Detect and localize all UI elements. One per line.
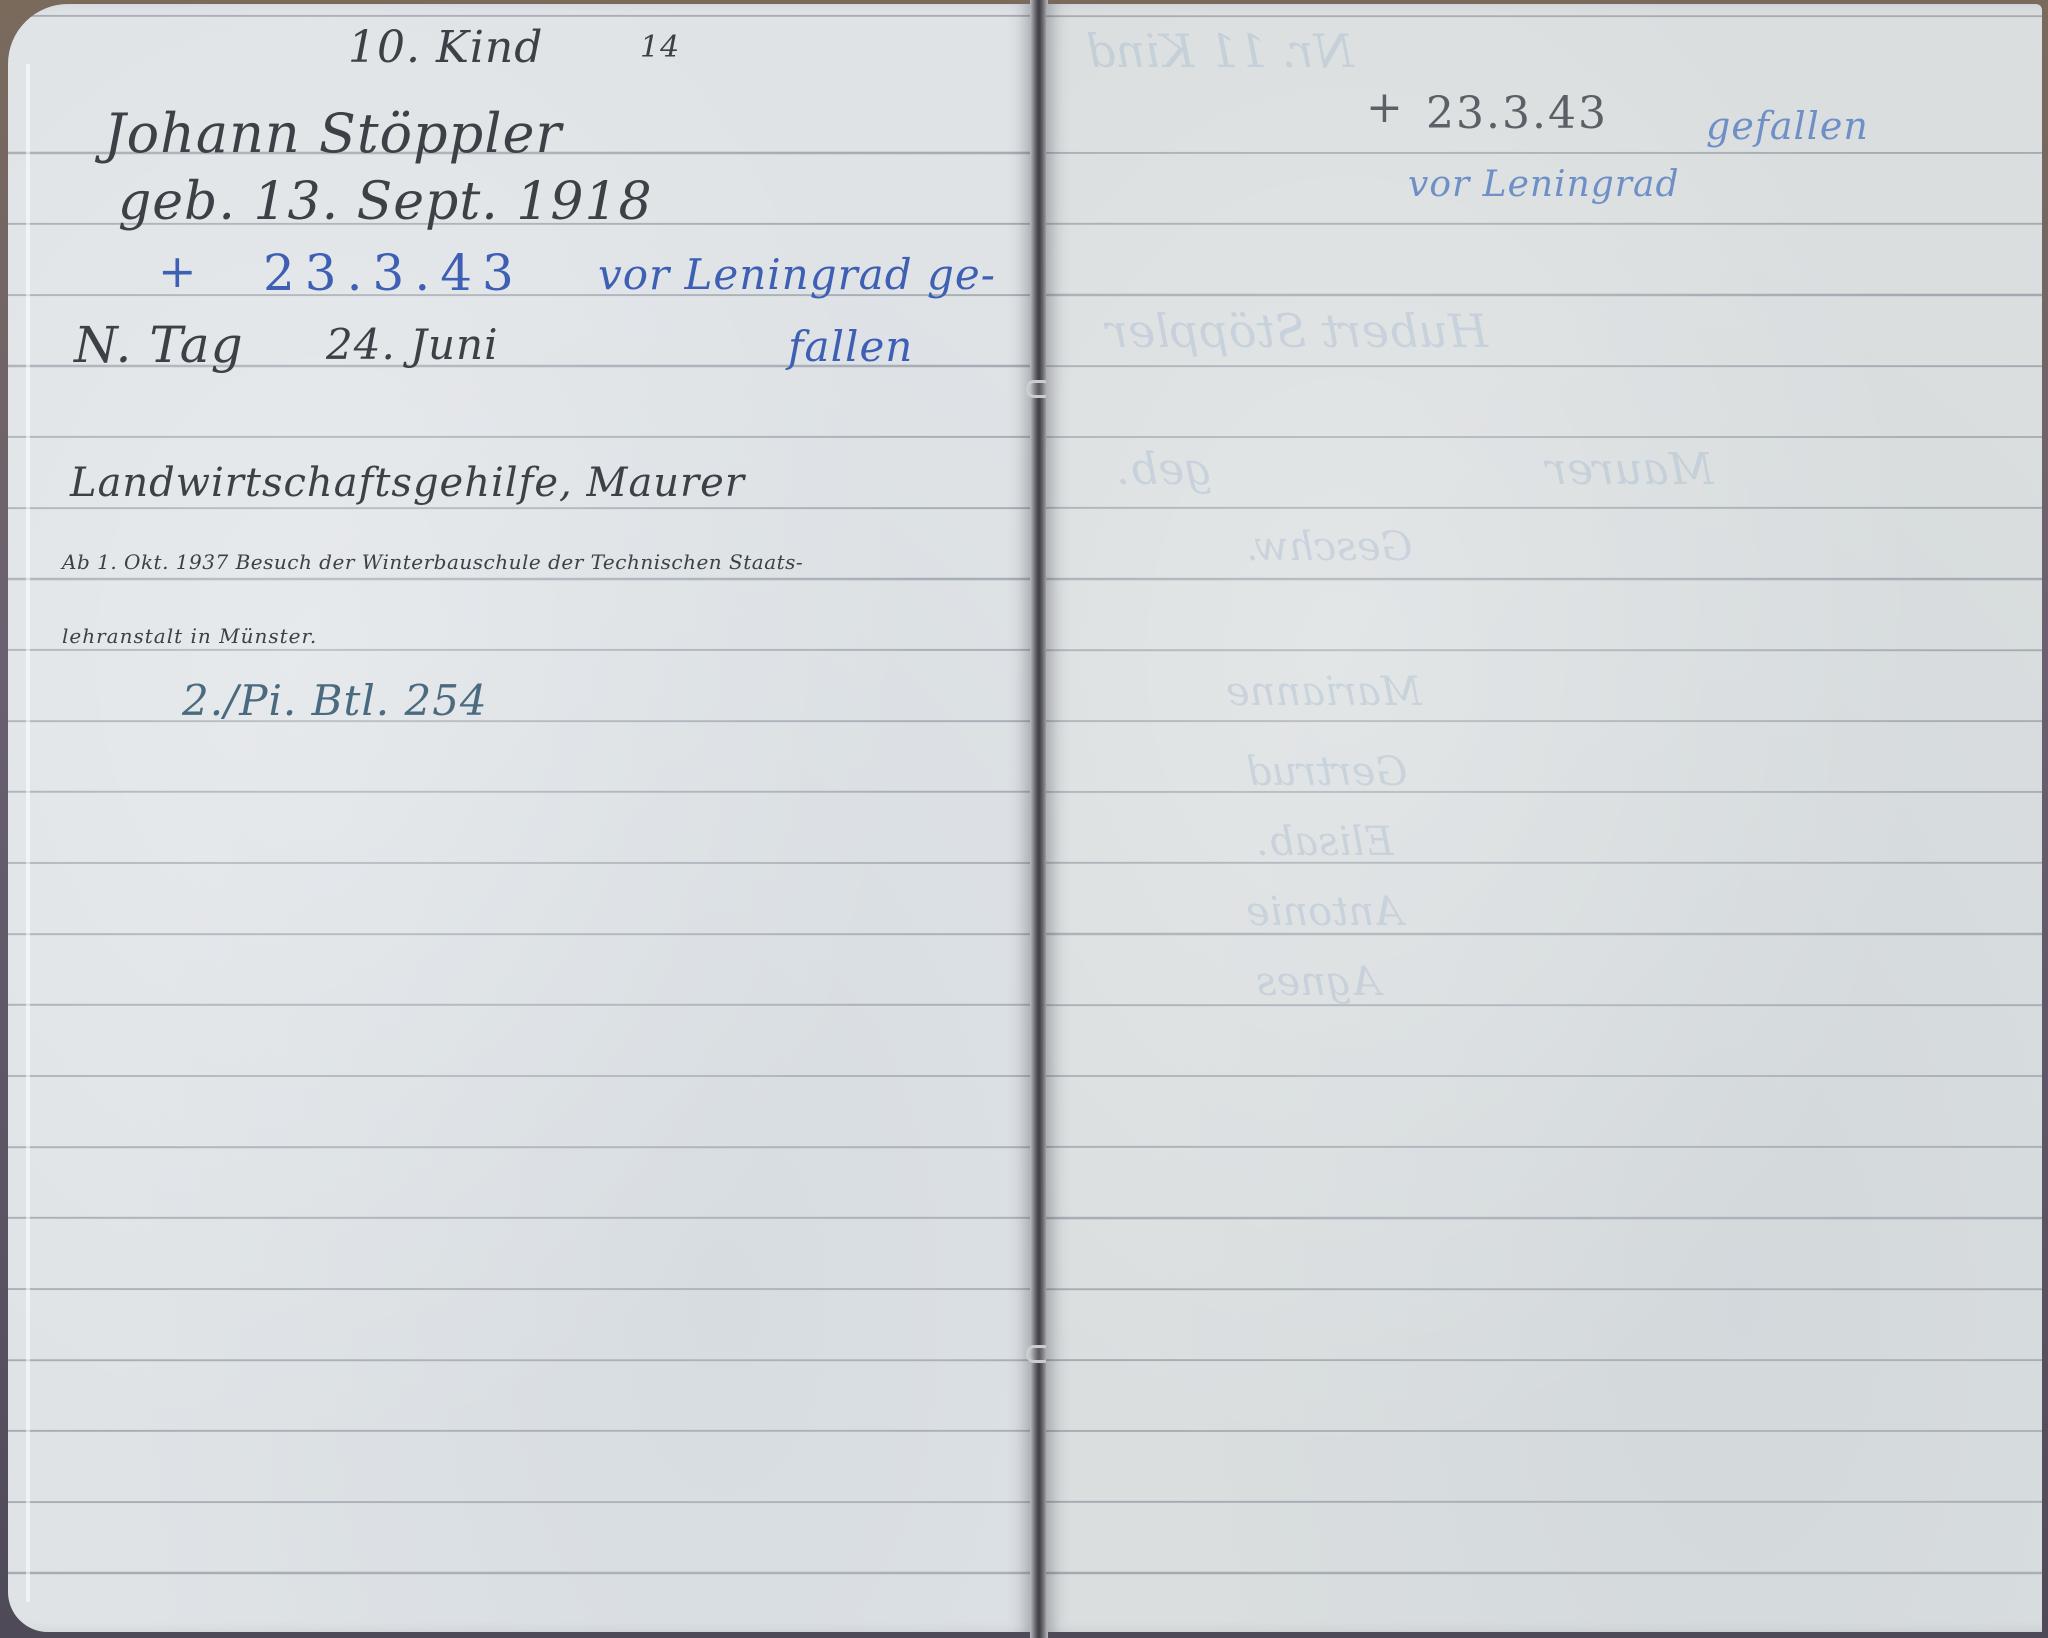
- bleed-through-text: Agnes: [1256, 959, 1380, 1005]
- death-place-line2: fallen: [788, 322, 913, 371]
- death-date: 23.3.43: [263, 244, 524, 302]
- occupation: Landwirtschaftsgehilfe, Maurer: [70, 460, 745, 506]
- education-line2: lehranstalt in Münster.: [62, 624, 317, 648]
- military-unit: 2./Pi. Btl. 254: [182, 676, 488, 725]
- bleed-through-text: Gertrud: [1246, 749, 1407, 795]
- name-day-label: N. Tag: [74, 316, 244, 374]
- fallen-note: gefallen: [1706, 104, 1869, 148]
- bleed-through-text: Marianne: [1226, 669, 1422, 715]
- death-place-line1: vor Leningrad ge-: [598, 250, 996, 299]
- header-note: 14: [640, 30, 680, 65]
- child-number-heading: 10. Kind: [348, 22, 543, 73]
- bleed-through-text: Antonie: [1246, 889, 1403, 935]
- right-page: Nr. 11 Kind Hubert Stöppler geb. Maurer …: [1046, 4, 2042, 1632]
- bleed-through-text: Nr. 11 Kind: [1086, 24, 1354, 78]
- death-place: vor Leningrad: [1408, 164, 1680, 205]
- person-name: Johann Stöppler: [104, 102, 562, 165]
- bleed-through-text: geb.: [1116, 444, 1212, 495]
- bleed-through-text: Hubert Stöppler: [1106, 304, 1488, 358]
- left-page: 10. Kind 14 Johann Stöppler geb. 13. Sep…: [8, 4, 1032, 1632]
- bleed-through-text: Geschw.: [1246, 524, 1413, 570]
- death-date: 23.3.43: [1426, 88, 1608, 139]
- death-cross-icon: +: [158, 244, 198, 298]
- birth-date: geb. 13. Sept. 1918: [118, 172, 653, 232]
- death-cross-icon: +: [1366, 82, 1404, 133]
- education-line1: Ab 1. Okt. 1937 Besuch der Winterbauschu…: [62, 550, 803, 574]
- name-day-date: 24. Juni: [326, 320, 499, 369]
- bleed-through-text: Maurer: [1546, 444, 1714, 495]
- bleed-through-text: Elisab.: [1256, 819, 1393, 865]
